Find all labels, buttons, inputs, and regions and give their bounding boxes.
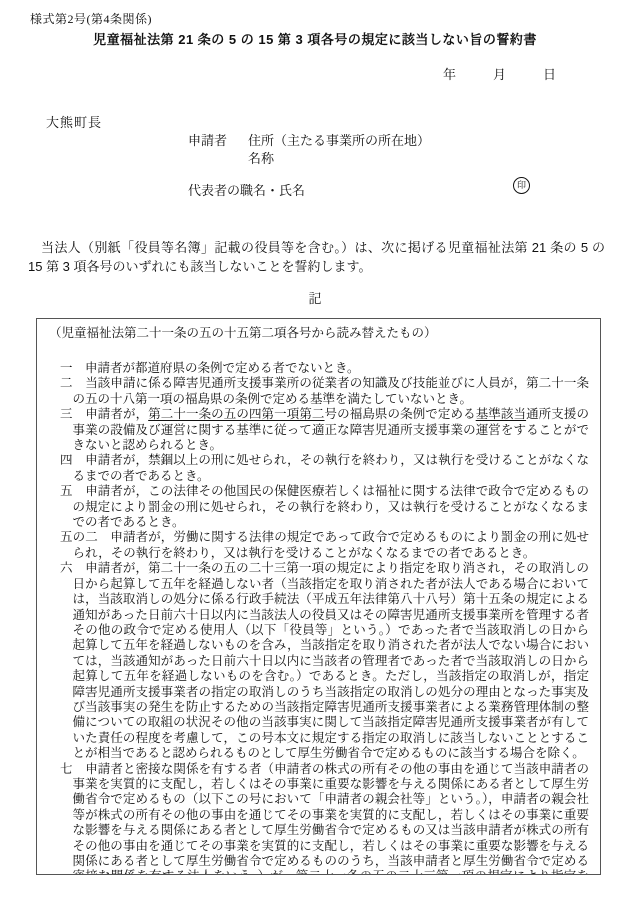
applicant-name-label: 名称 <box>248 148 274 167</box>
item-number: 四 <box>60 453 85 467</box>
item-number: 三 <box>60 407 85 421</box>
pledge-item-四: 四 申請者が，禁錮以上の刑に処せられ，その執行を終わり，又は執行を受けることがな… <box>60 453 589 484</box>
representative-title-name-label: 代表者の職名・氏名 <box>188 180 305 199</box>
document-title: 児童福祉法第 21 条の 5 の 15 第 3 項各号の規定に該当しない旨の誓約… <box>0 29 630 48</box>
underlined-text: 第二十一条の五の四第一項第二 <box>148 407 324 421</box>
item-number: 五 <box>60 484 85 498</box>
document-page: 様式第2号(第4条関係) 児童福祉法第 21 条の 5 の 15 第 3 項各号… <box>0 0 630 903</box>
addressee-mayor: 大熊町長 <box>46 112 102 131</box>
item-text: 号の福島県の条例で定める <box>325 407 476 421</box>
applicant-label: 申請者 <box>188 130 227 149</box>
date-line: 年 月 日 <box>443 64 556 83</box>
pledge-item-二: 二 当該申請に係る障害児通所支援事業所の従業者の知識及び技能並びに人員が，第二十… <box>60 376 589 407</box>
item-text: 申請者が， <box>85 407 148 421</box>
date-day-label: 日 <box>543 64 556 83</box>
item-text: 当該申請に係る障害児通所支援事業所の従業者の知識及び技能並びに人員が，第二十一条… <box>73 376 589 405</box>
item-text: 申請者が，禁錮以上の刑に処せられ，その執行を終わり，又は執行を受けることがなくな… <box>73 453 590 482</box>
item-number: 六 <box>60 561 85 575</box>
item-text: 申請者が，労働に関する法律の規定であって政令で定めるものにより罰金の刑に処せられ… <box>73 530 589 559</box>
box-heading: （児童福祉法第二十一条の五の十五第二項各号から読み替えたもの） <box>49 325 590 341</box>
item-number: 五の二 <box>60 530 110 544</box>
pledge-item-三: 三 申請者が，第二十一条の五の四第一項第二号の福島県の条例で定める基準該当通所支… <box>60 407 589 453</box>
pledge-items-list: 一 申請者が都道府県の条例で定める者でないとき。二 当該申請に係る障害児通所支援… <box>60 361 589 875</box>
item-text: 申請者が，第二十一条の五の二十三第一項の規定により指定を取り消され，その取消しの… <box>73 561 590 760</box>
pledge-item-六: 六 申請者が，第二十一条の五の二十三第一項の規定により指定を取り消され，その取消… <box>60 561 589 761</box>
item-text: 申請者が，この法律その他国民の保健医療若しくは福祉に関する法律で政令で定めるもの… <box>73 484 590 529</box>
applicant-address-label: 住所（主たる事業所の所在地） <box>248 130 430 149</box>
underlined-text: 基準該当 <box>476 407 526 421</box>
date-year-label: 年 <box>443 64 456 83</box>
seal-mark: 印 <box>513 177 530 194</box>
date-month-label: 月 <box>493 64 506 83</box>
item-text: 申請者と密接な関係を有する者（申請者の株式の所有その他の事由を通じて当該申請者の… <box>73 762 590 875</box>
pledge-item-五の二: 五の二 申請者が，労働に関する法律の規定であって政令で定めるものにより罰金の刑に… <box>60 530 589 561</box>
item-number: 二 <box>60 376 85 390</box>
pledge-statement: 当法人（別紙「役員等名簿」記載の役員等を含む。）は、次に掲げる児童福祉法第 21… <box>28 239 605 276</box>
item-text: 申請者が都道府県の条例で定める者でないとき。 <box>85 361 360 375</box>
item-number: 七 <box>60 762 85 776</box>
form-number-label: 様式第2号(第4条関係) <box>30 10 152 27</box>
item-number: 一 <box>60 361 85 375</box>
pledge-item-五: 五 申請者が，この法律その他国民の保健医療若しくは福祉に関する法律で政令で定める… <box>60 484 589 530</box>
pledge-item-一: 一 申請者が都道府県の条例で定める者でないとき。 <box>60 361 589 376</box>
ki-heading: 記 <box>0 288 630 307</box>
pledge-items-box: （児童福祉法第二十一条の五の十五第二項各号から読み替えたもの） 一 申請者が都道… <box>36 318 601 875</box>
pledge-item-七: 七 申請者と密接な関係を有する者（申請者の株式の所有その他の事由を通じて当該申請… <box>60 762 589 875</box>
